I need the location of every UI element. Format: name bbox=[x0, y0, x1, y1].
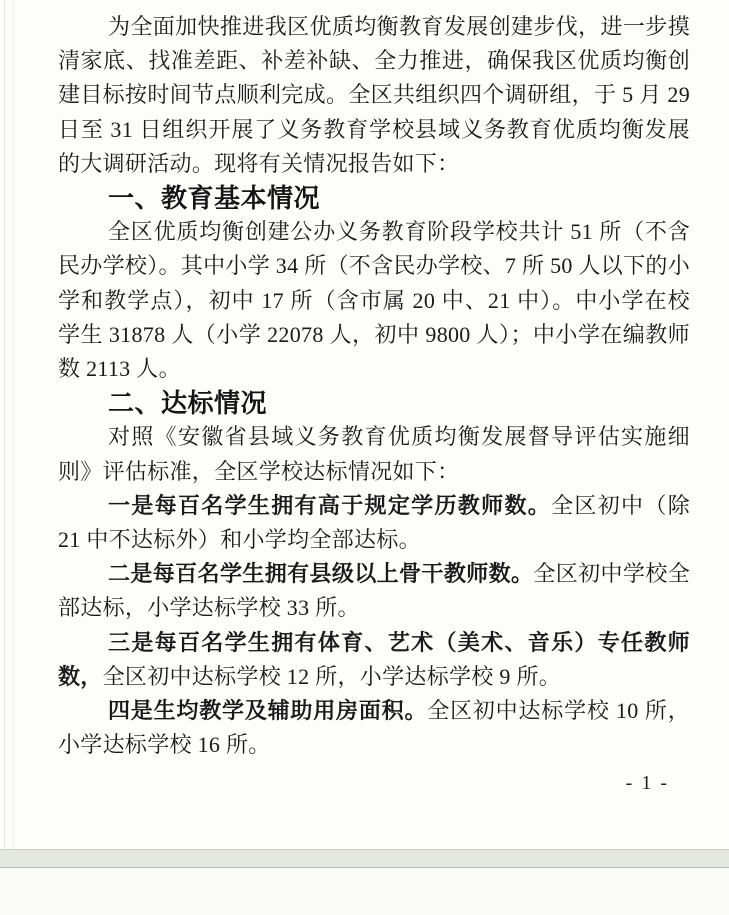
paragraph-item-2: 二是每百名学生拥有县级以上骨干教师数。全区初中学校全部达标，小学达标学校 33 … bbox=[58, 557, 690, 625]
paragraph-bold-lead: 二是每百名学生拥有县级以上骨干教师数。 bbox=[108, 561, 533, 586]
paragraph-text: 全区优质均衡创建公办义务教育阶段学校共计 51 所（不含民办学校）。其中小学 3… bbox=[58, 219, 690, 381]
paragraph-compliance-intro: 对照《安徽省县域义务教育优质均衡发展督导评估实施细则》评估标准，全区学校达标情况… bbox=[58, 420, 690, 488]
paragraph-item-4: 四是生均教学及辅助用房面积。全区初中达标学校 10 所，小学达标学校 16 所。 bbox=[58, 694, 690, 762]
paragraph-bold-lead: 四是生均教学及辅助用房面积。 bbox=[108, 698, 427, 723]
paragraph-bold-lead: 一是每百名学生拥有高于规定学历教师数。 bbox=[108, 493, 551, 518]
page-number: - 1 - bbox=[626, 770, 669, 796]
paragraph-basic-stats: 全区优质均衡创建公办义务教育阶段学校共计 51 所（不含民办学校）。其中小学 3… bbox=[58, 215, 690, 386]
paragraph-text: 对照《安徽省县域义务教育优质均衡发展督导评估实施细则》评估标准，全区学校达标情况… bbox=[58, 424, 690, 483]
paragraph-item-5: 五是生均体育运动场馆面积。全区初中达标学校 12 所，小学 bbox=[58, 762, 690, 763]
scan-edge-line bbox=[13, 0, 14, 849]
paragraph-text: 为全面加快推进我区优质均衡教育发展创建步伐，进一步摸清家底、找准差距、补差补缺、… bbox=[58, 14, 690, 176]
section-heading-basic-situation: 一、教育基本情况 bbox=[58, 181, 690, 215]
paragraph-text: 全区初中达标学校 12 所，小学达标学校 9 所。 bbox=[103, 664, 562, 689]
scanned-document-page: 为全面加快推进我区优质均衡教育发展创建步伐，进一步摸清家底、找准差距、补差补缺、… bbox=[0, 0, 729, 915]
paragraph-intro: 为全面加快推进我区优质均衡教育发展创建步伐，进一步摸清家底、找准差距、补差补缺、… bbox=[58, 10, 690, 181]
page-gap-band bbox=[0, 849, 729, 868]
scan-edge-line bbox=[4, 0, 5, 849]
paragraph-item-1: 一是每百名学生拥有高于规定学历教师数。全区初中（除 21 中不达标外）和小学均全… bbox=[58, 489, 690, 557]
paragraph-item-3: 三是每百名学生拥有体育、艺术（美术、音乐）专任教师数，全区初中达标学校 12 所… bbox=[58, 626, 690, 694]
next-page-preview bbox=[0, 868, 729, 915]
section-heading-compliance: 二、达标情况 bbox=[58, 386, 690, 420]
document-body: 为全面加快推进我区优质均衡教育发展创建步伐，进一步摸清家底、找准差距、补差补缺、… bbox=[58, 10, 690, 763]
